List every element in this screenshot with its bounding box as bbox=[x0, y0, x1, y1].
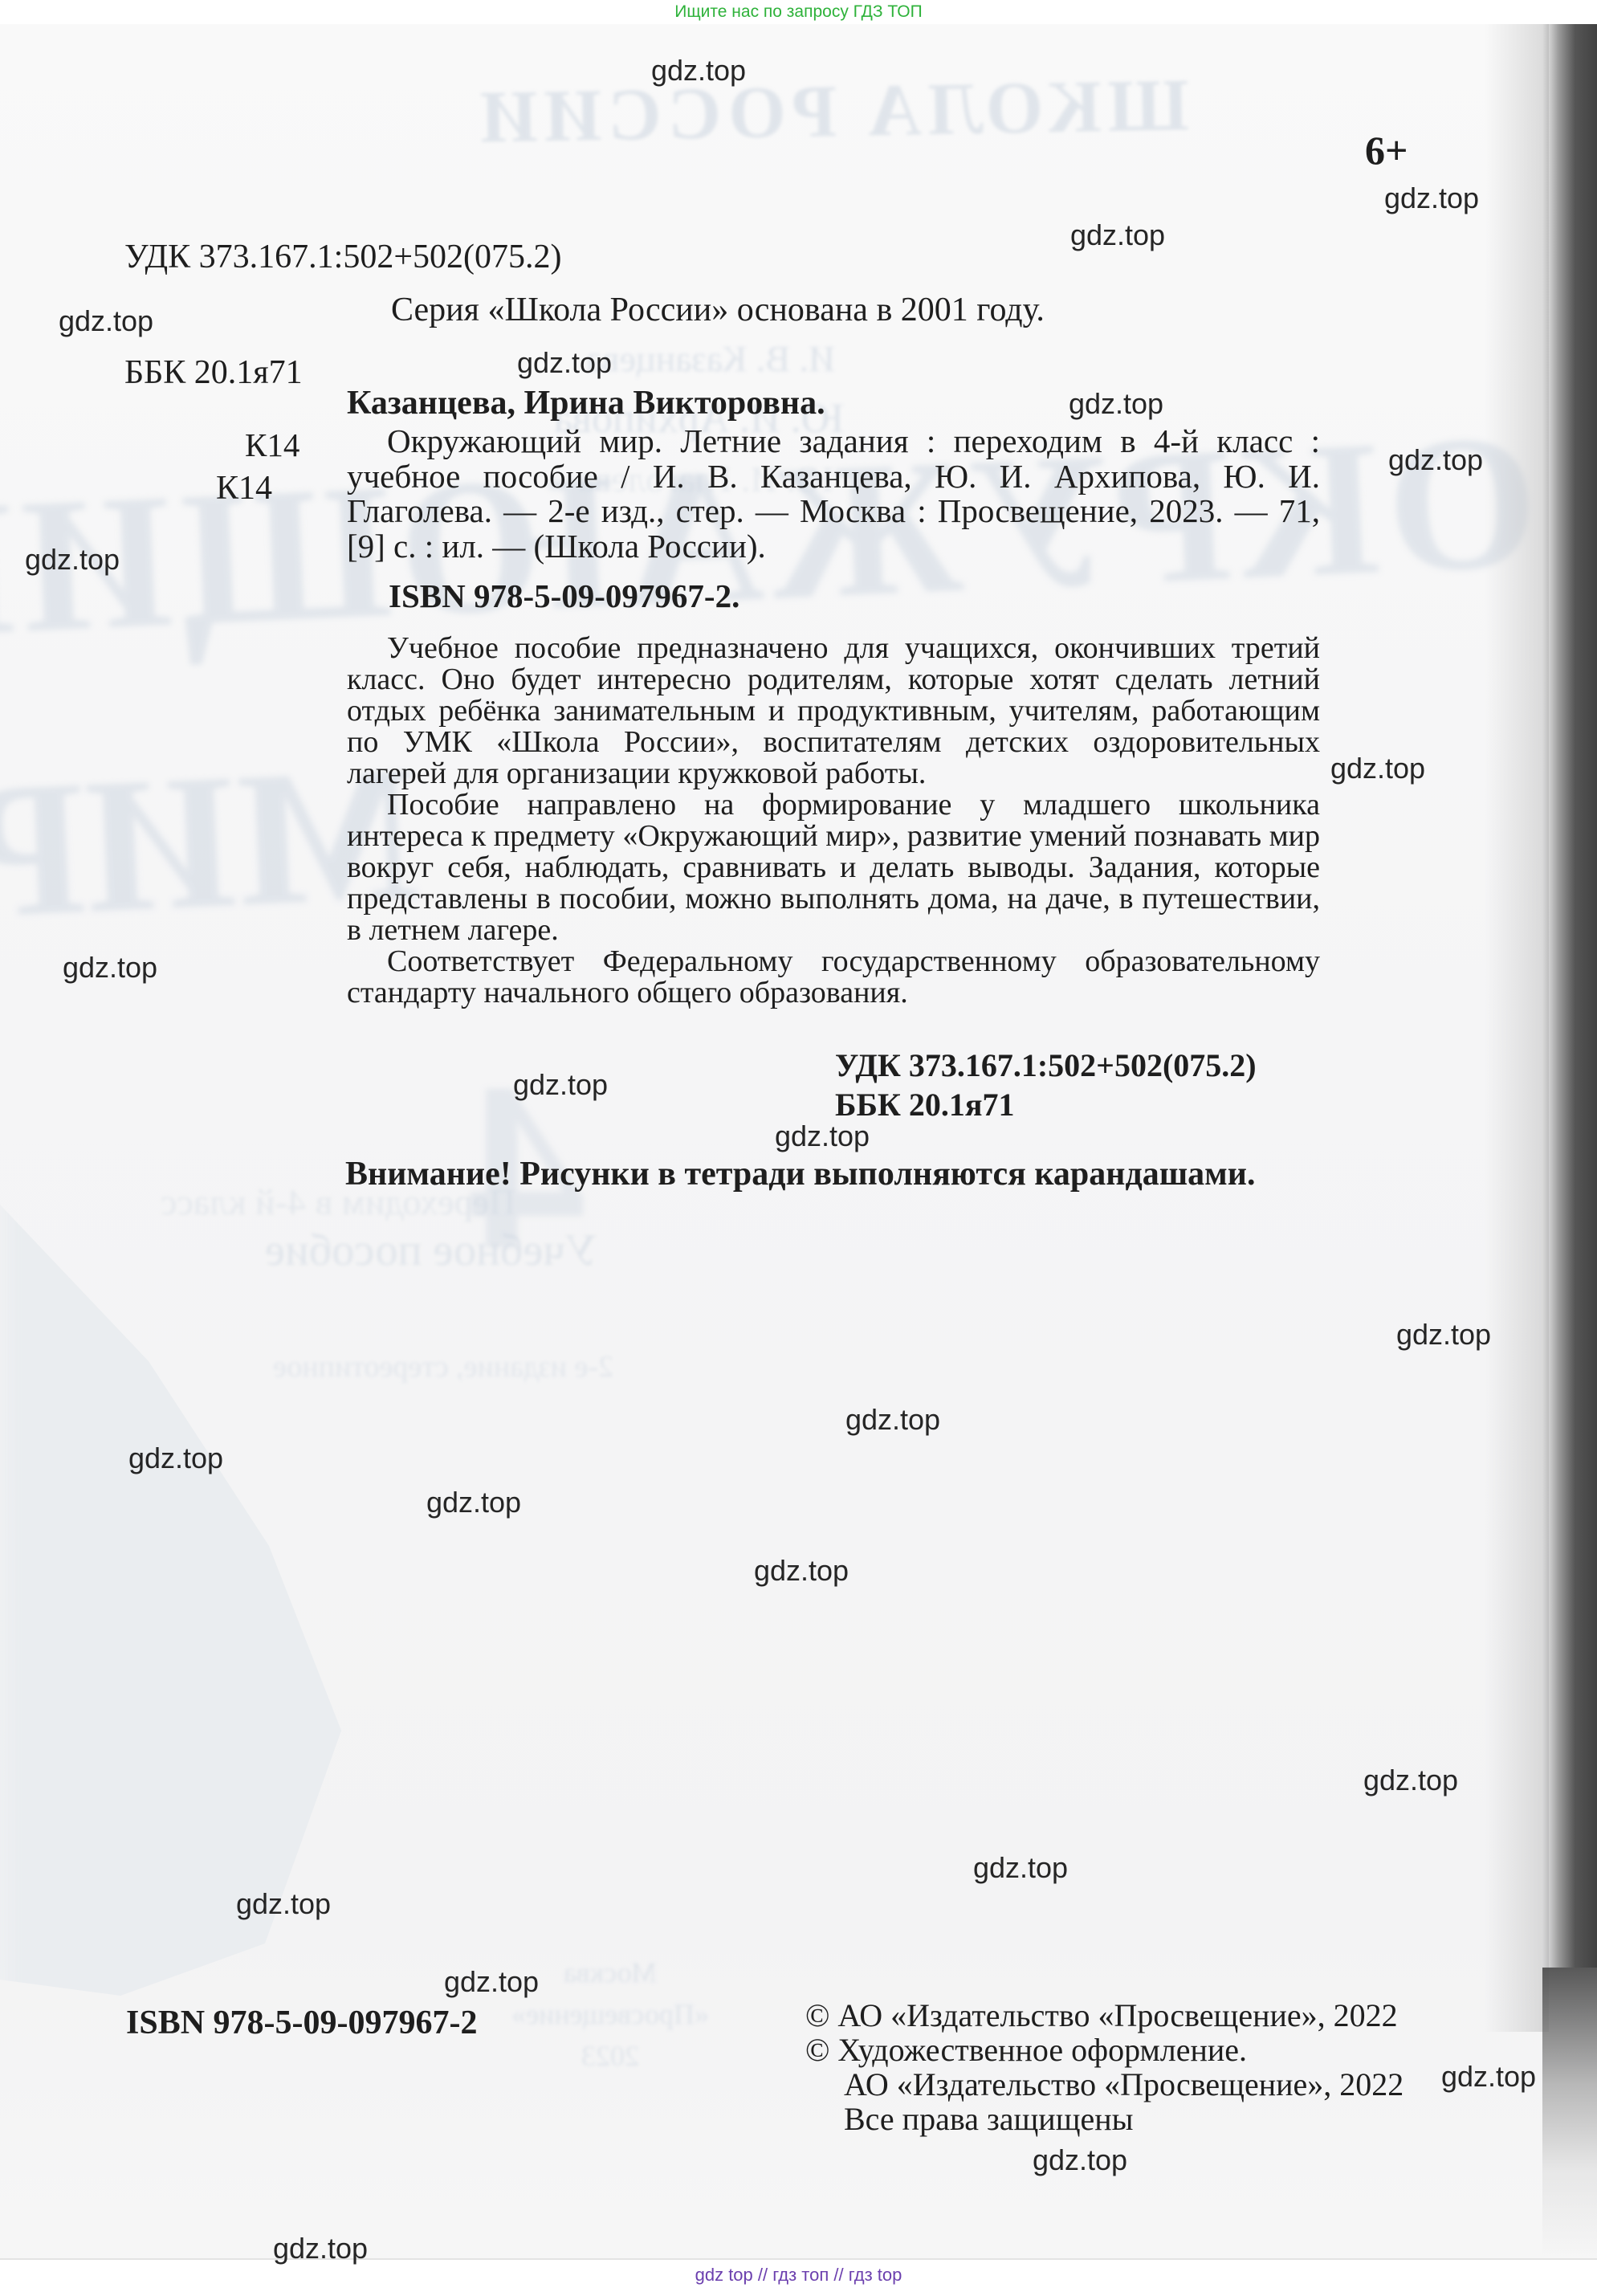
gdz-watermark: gdz.top bbox=[444, 1965, 539, 1999]
gdz-watermark: gdz.top bbox=[1069, 387, 1163, 421]
bbk-number-bottom: ББК 20.1я71 bbox=[835, 1085, 1257, 1124]
copyright-line-2: © Художественное оформление. bbox=[805, 2033, 1403, 2067]
annotation-paragraph-3: Соответствует Федеральному государственн… bbox=[347, 946, 1320, 1009]
gdz-watermark: gdz.top bbox=[1330, 752, 1425, 785]
isbn-in-record: ISBN 978-5-09-097967-2. bbox=[389, 577, 739, 615]
gdz-watermark: gdz.top bbox=[1441, 2060, 1536, 2094]
gdz-watermark: gdz.top bbox=[845, 1403, 940, 1437]
copyright-line-3: АО «Издательство «Просвещение», 2022 bbox=[805, 2067, 1403, 2102]
gdz-watermark: gdz.top bbox=[1384, 181, 1479, 215]
attention-note: Внимание! Рисунки в тетради выполняются … bbox=[345, 1155, 1256, 1193]
gdz-watermark: gdz.top bbox=[754, 1554, 849, 1588]
isbn-bottom: ISBN 978-5-09-097967-2 bbox=[126, 2004, 478, 2042]
gdz-watermark: gdz.top bbox=[1363, 1764, 1458, 1797]
udk-number-bottom: УДК 373.167.1:502+502(075.2) bbox=[835, 1046, 1257, 1085]
copyright-line-4: Все права защищены bbox=[805, 2102, 1403, 2136]
udk-bbk-block-bottom: УДК 373.167.1:502+502(075.2) ББК 20.1я71 bbox=[835, 1046, 1257, 1124]
showthrough-edition-note: 2-е издание, стереотипное bbox=[273, 1349, 613, 1385]
copyright-line-1: © АО «Издательство «Просвещение», 2022 bbox=[805, 1998, 1403, 2033]
catalog-code: К14 bbox=[245, 426, 299, 464]
promo-banner-bottom: gdz top // гдз топ // гдз top bbox=[0, 2265, 1597, 2286]
showthrough-series-logo: ШКОЛА РОССИИ bbox=[473, 62, 1189, 160]
showthrough-publisher-name: «Просвещение» bbox=[490, 1993, 731, 2035]
age-rating-mark: 6+ bbox=[1365, 127, 1408, 173]
author-heading: Казанцева, Ирина Викторовна. bbox=[347, 384, 825, 422]
showthrough-author-1: И. В. Казанцева bbox=[586, 337, 835, 380]
gdz-watermark: gdz.top bbox=[273, 2232, 368, 2265]
gdz-watermark: gdz.top bbox=[236, 1887, 331, 1921]
gdz-watermark: gdz.top bbox=[1033, 2143, 1127, 2177]
page-gutter-shadow bbox=[1485, 24, 1549, 2032]
gdz-watermark: gdz.top bbox=[651, 54, 746, 88]
gdz-watermark: gdz.top bbox=[1396, 1318, 1491, 1352]
annotation-paragraph-2: Пособие направлено на формирование у мла… bbox=[347, 789, 1320, 946]
annotation-block: Учебное пособие предназначено для учащих… bbox=[347, 633, 1320, 1009]
gdz-watermark: gdz.top bbox=[513, 1068, 608, 1102]
bibliographic-description: Окружающий мир. Летние задания : переход… bbox=[347, 424, 1320, 564]
gdz-watermark: gdz.top bbox=[973, 1851, 1068, 1885]
book-edge-shadow-bottom bbox=[1542, 1968, 1597, 2258]
series-founding-note: Серия «Школа России» основана в 2001 год… bbox=[391, 291, 1045, 329]
book-edge-shadow-top bbox=[1542, 24, 1597, 1968]
gdz-watermark: gdz.top bbox=[128, 1442, 223, 1475]
gdz-watermark: gdz.top bbox=[1070, 218, 1165, 252]
annotation-paragraph-1: Учебное пособие предназначено для учащих… bbox=[347, 633, 1320, 789]
showthrough-subtitle: Учебное пособие bbox=[265, 1225, 597, 1276]
showthrough-publisher-year: 2023 bbox=[490, 2035, 731, 2077]
gdz-watermark: gdz.top bbox=[517, 346, 612, 380]
promo-banner-top: Ищите нас по запросу ГДЗ ТОП bbox=[0, 2, 1597, 22]
gdz-watermark: gdz.top bbox=[775, 1119, 870, 1153]
gdz-watermark: gdz.top bbox=[25, 543, 120, 577]
udk-number-top: УДК 373.167.1:502+502(075.2) bbox=[124, 238, 561, 276]
copyright-block: © АО «Издательство «Просвещение», 2022 ©… bbox=[805, 1998, 1403, 2136]
gdz-watermark: gdz.top bbox=[426, 1486, 521, 1519]
gdz-watermark: gdz.top bbox=[63, 951, 157, 985]
scanned-book-imprint-page: Ищите нас по запросу ГДЗ ТОП ШКОЛА РОССИ… bbox=[0, 0, 1597, 2296]
gdz-watermark: gdz.top bbox=[1388, 443, 1483, 477]
gdz-watermark: gdz.top bbox=[59, 304, 153, 338]
